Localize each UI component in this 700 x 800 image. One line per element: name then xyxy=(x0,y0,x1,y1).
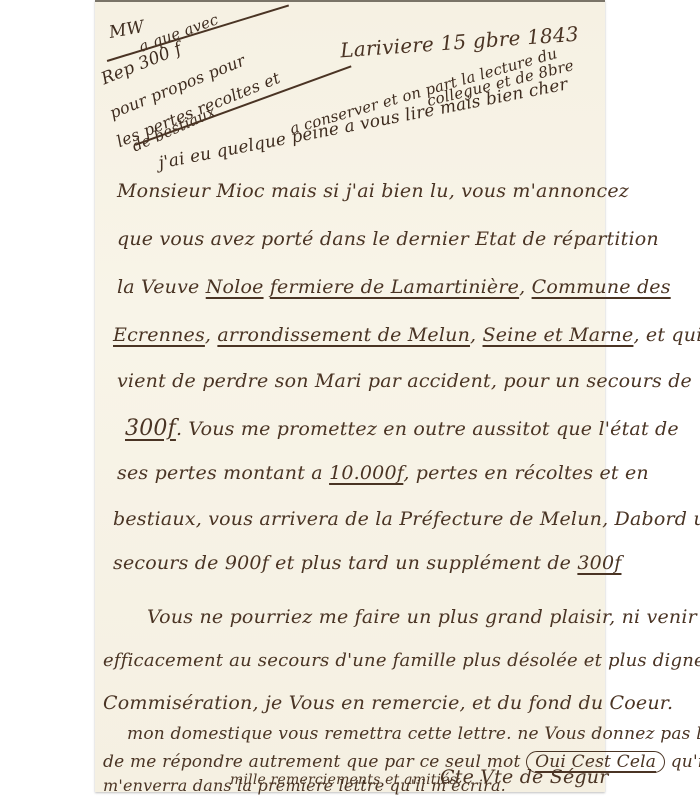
letter-line: Monsieur Mioc mais si j'ai bien lu, vous… xyxy=(117,180,629,202)
letter-line: efficacement au secours d'une famille pl… xyxy=(103,650,700,671)
letter-line: Commisération, je Vous en remercie, et d… xyxy=(103,692,673,714)
letter-line: mon domestique vous remettra cette lettr… xyxy=(127,724,700,744)
signature: Cte Vte de Ségur xyxy=(440,766,609,788)
letter-line: la Veuve Noloe fermiere de Lamartinière,… xyxy=(117,276,671,298)
closing-line: mille remerciements et amitiés xyxy=(230,772,457,788)
letter-line: ses pertes montant a 10.000f, pertes en … xyxy=(117,462,649,484)
letter-line: Ecrennes, arrondissement de Melun, Seine… xyxy=(113,324,700,346)
letter-line: bestiaux, vous arrivera de la Préfecture… xyxy=(113,508,700,530)
letter-line: que vous avez porté dans le dernier Etat… xyxy=(117,228,659,250)
letter-line: Vous ne pourriez me faire un plus grand … xyxy=(147,606,700,628)
letter-paper: MW a que avec Rep 300 f pour propos pour… xyxy=(95,0,605,792)
letter-line: de me répondre autrement que par ce seul… xyxy=(103,752,700,772)
letter-line: 300f. Vous me promettez en outre aussito… xyxy=(125,416,679,441)
letter-line: secours de 900f et plus tard un suppléme… xyxy=(113,552,621,574)
letter-line: vient de perdre son Mari par accident, p… xyxy=(117,370,692,392)
